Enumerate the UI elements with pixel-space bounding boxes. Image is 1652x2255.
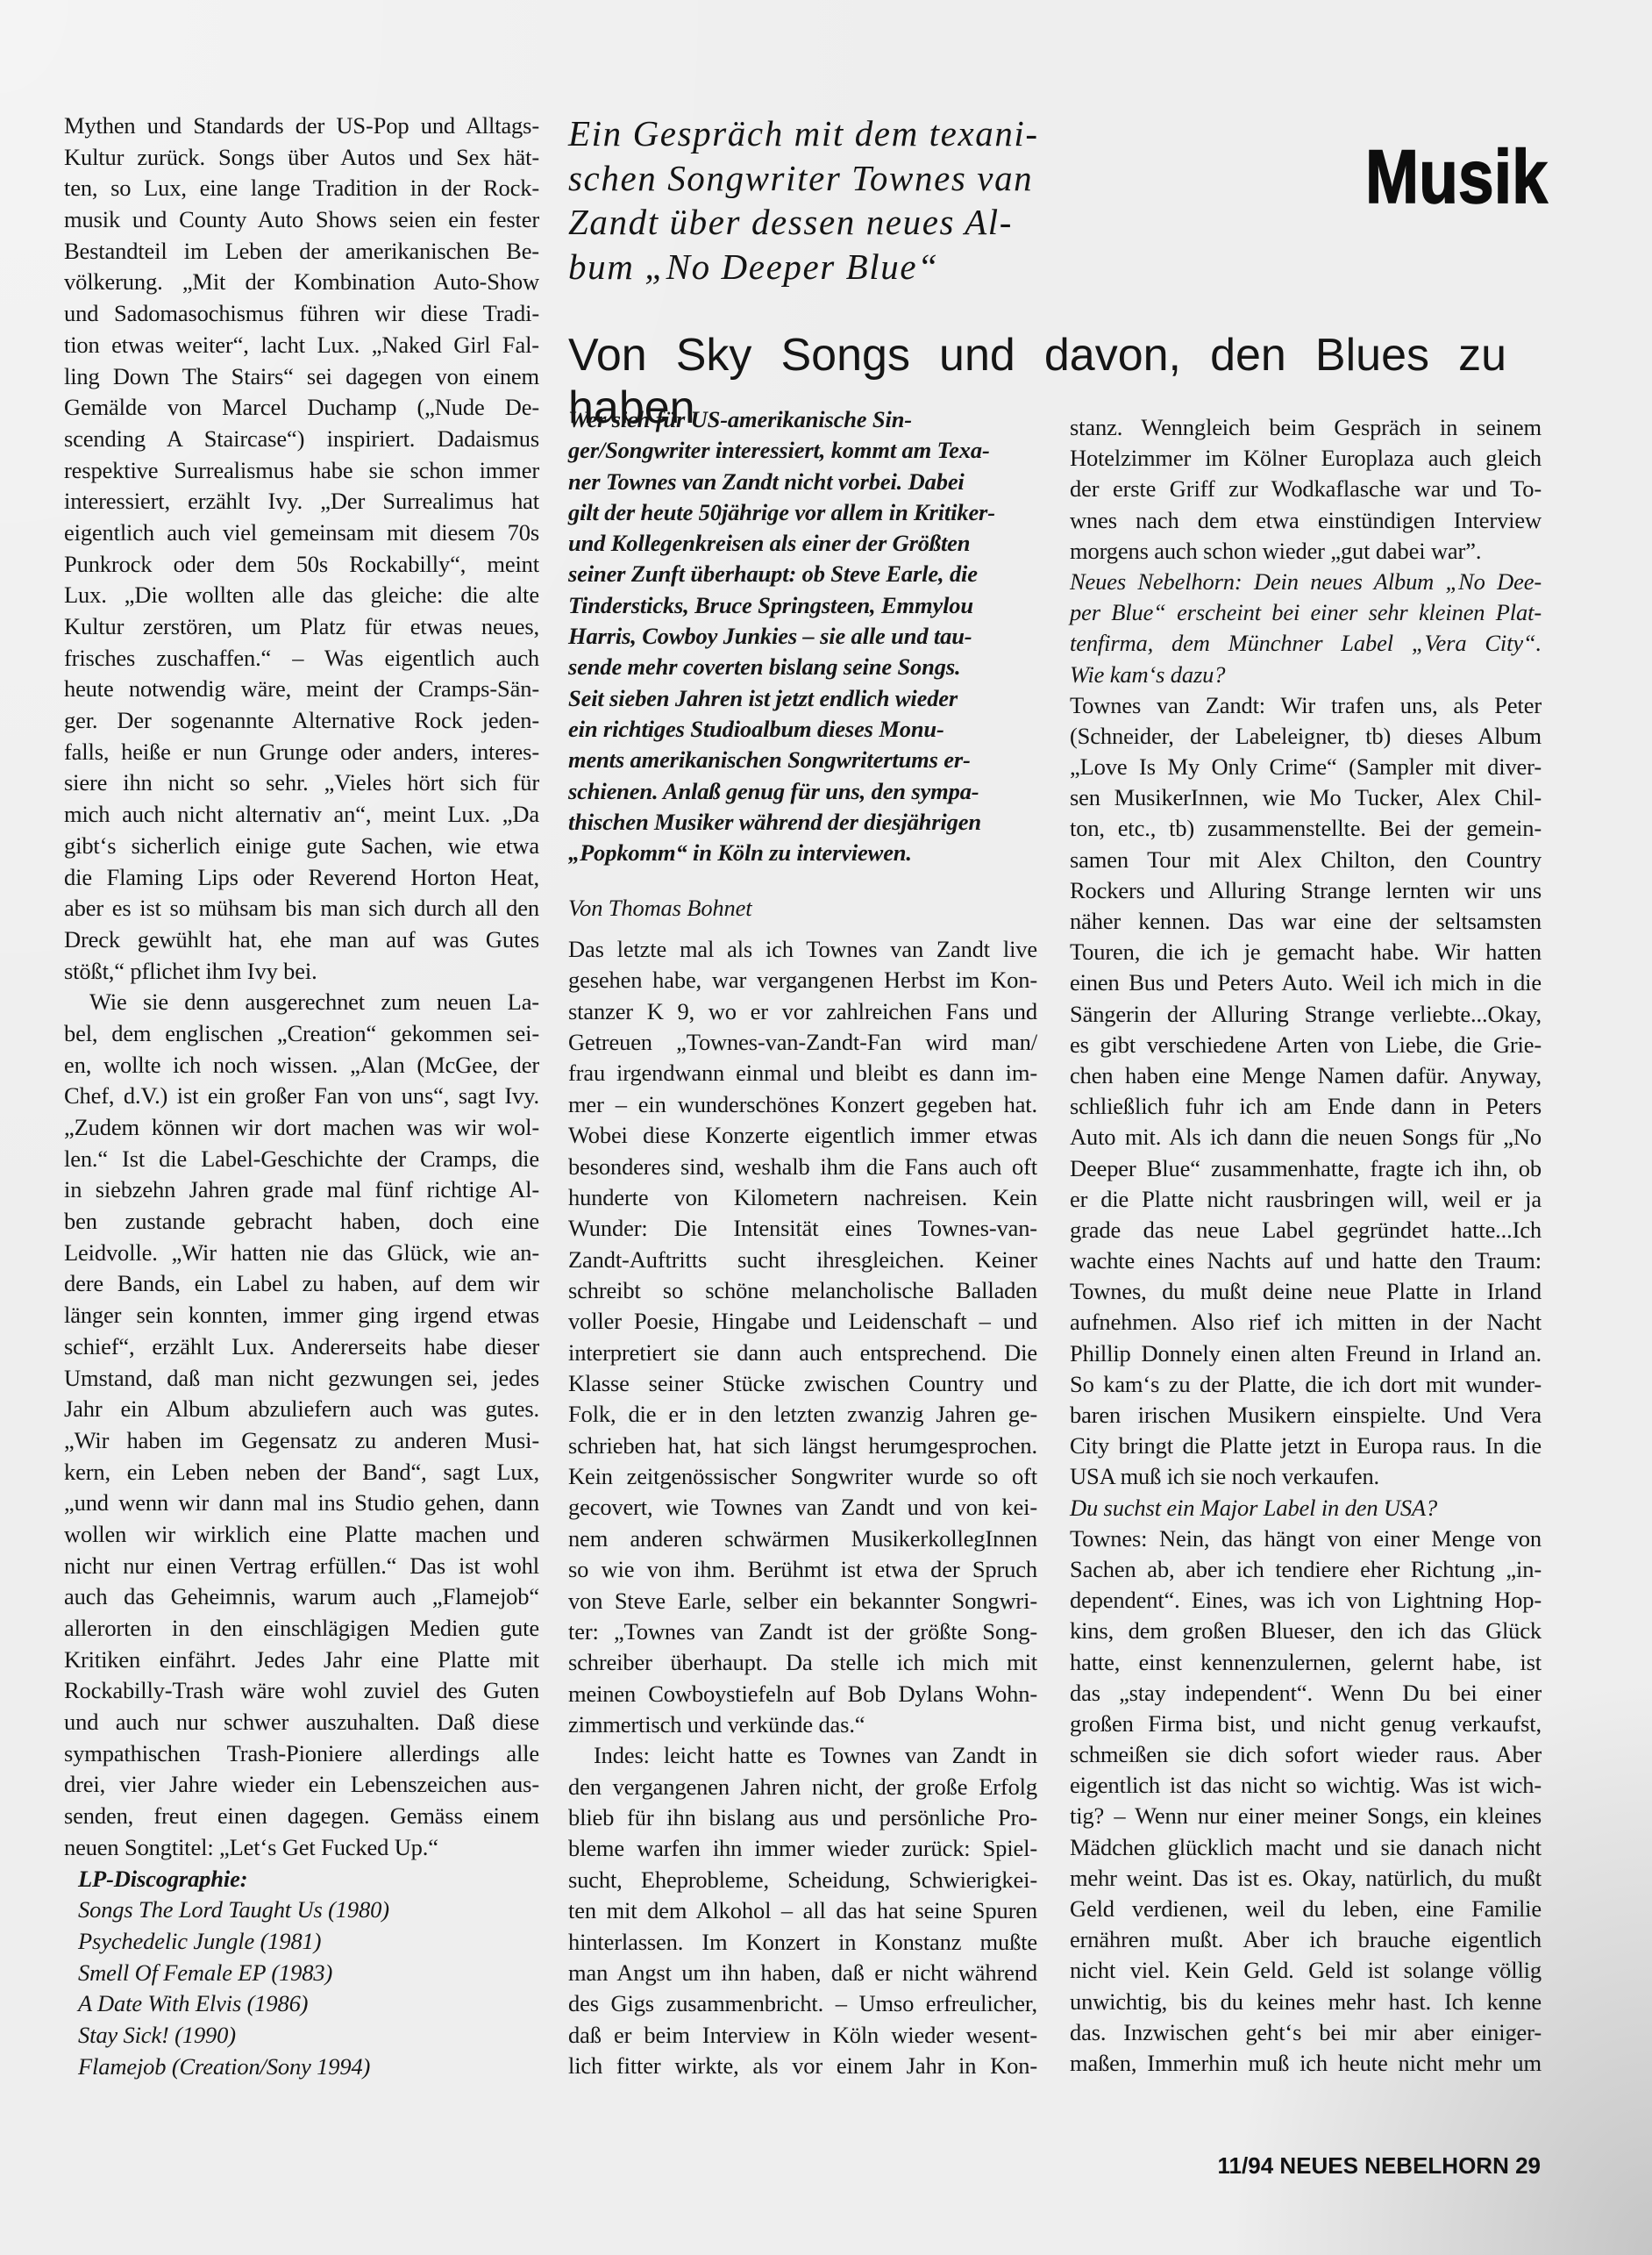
text-line: Townes van Zandt: Wir trafen uns, als Pe… [1070, 690, 1542, 721]
text-line: völkerung. „Mit der Kombination Auto-Sho… [64, 267, 539, 298]
text-line: schief“, erzählt Lux. Andererseits habe … [64, 1331, 539, 1363]
text-line: und Sadomasochismus führen wir diese Tra… [64, 298, 539, 330]
text-line: neuen Songtitel: „Let‘s Get Fucked Up.“ [64, 1832, 539, 1864]
deck-line: schen Songwriter Townes van [568, 156, 1112, 201]
text-line: „Love Is My Only Crime“ (Sampler mit div… [1070, 752, 1542, 782]
text-line: chen haben eine Menge Namen dafür. Anywa… [1070, 1060, 1542, 1091]
text-line: schreiber überhaupt. Da stelle ich mich … [568, 1647, 1037, 1678]
text-line: Kultur zurück. Songs über Autos und Sex … [64, 142, 539, 174]
text-line: respektive Surrealismus habe sie schon i… [64, 455, 539, 487]
text-line: Geld verdienen, weil du leben, eine Fami… [1070, 1894, 1542, 1924]
discography-item: Smell Of Female EP (1983) [64, 1958, 539, 1989]
text-line: stanz. Wenngleich beim Gespräch in seine… [1070, 412, 1542, 443]
text-line: ling Down The Stairs“ sei dagegen von ei… [64, 361, 539, 393]
intro-line: ner Townes van Zandt nicht vorbei. Dabei [568, 467, 1037, 497]
text-line: Jahr ein Album abzuliefern auch was gute… [64, 1394, 539, 1425]
previous-article-column: Mythen und Standards der US-Pop und Allt… [64, 111, 539, 2082]
text-line: Kein zeitgenössischer Songwriter wurde s… [568, 1461, 1037, 1492]
intro-line: Tindersticks, Bruce Springsteen, Emmylou [568, 590, 1037, 621]
text-line: Auto mit. Als ich dann die neuen Songs f… [1070, 1122, 1542, 1152]
question-line: per Blue“ erscheint bei einer sehr klein… [1070, 597, 1542, 628]
text-line: allerorten in den einschlägigen Medien g… [64, 1613, 539, 1645]
text-line: schrieben hat, hat sich längst herumgesp… [568, 1431, 1037, 1461]
text-line: wnes nach dem etwa einstündigen Intervie… [1070, 505, 1542, 536]
text-line: ger. Der sogenannte Alternative Rock jed… [64, 705, 539, 737]
text-line: gibt‘s sicherlich einige gute Sachen, wi… [64, 831, 539, 862]
question-line: Neues Nebelhorn: Dein neues Album „No De… [1070, 567, 1542, 597]
deck-line: Zandt über dessen neues Al- [568, 200, 1112, 245]
text-line: frisches zuschaffen.“ – Was eigentlich a… [64, 643, 539, 674]
text-line: kern, ein Leben neben der Band“, sagt Lu… [64, 1457, 539, 1488]
text-line: aber es ist so mühsam bis man sich durch… [64, 893, 539, 924]
text-line: er die Platte nicht rausbringen will, we… [1070, 1184, 1542, 1215]
discography-heading: LP-Discographie: [64, 1864, 539, 1895]
text-line: hunderte von Kilometern nachreisen. Kein [568, 1182, 1037, 1213]
text-line: ten mit dem Alkohol – all das hat seine … [568, 1895, 1037, 1926]
text-line: daß er beim Interview in Köln wieder wes… [568, 2020, 1037, 2051]
text-line: USA muß ich sie noch verkaufen. [1070, 1461, 1542, 1492]
text-line: mich auch nicht alternativ an“, meint Lu… [64, 799, 539, 831]
text-line: Punkrock oder dem 50s Rockabilly“, meint [64, 549, 539, 581]
question-line: Wie kam‘s dazu? [1070, 660, 1542, 690]
text-line: Townes, du mußt deine neue Platte in Irl… [1070, 1276, 1542, 1307]
text-line: das. Inzwischen geht‘s bei mir aber eini… [1070, 2017, 1542, 2048]
text-line: das „stay independent“. Wenn Du bei eine… [1070, 1678, 1542, 1709]
text-line: Phillip Donnely einen alten Freund in Ir… [1070, 1338, 1542, 1369]
intro-line: thischen Musiker während der diesjährige… [568, 807, 1037, 838]
discography-item: Songs The Lord Taught Us (1980) [64, 1895, 539, 1926]
text-line: frau irgendwann einmal und bleibt es dan… [568, 1058, 1037, 1088]
text-line: schließlich fuhr ich am Ende dann in Pet… [1070, 1091, 1542, 1122]
text-line: Chef, d.V.) ist ein großer Fan von uns“,… [64, 1081, 539, 1112]
text-line: näher kennen. Das war eine der seltsamst… [1070, 906, 1542, 937]
text-line: interessiert, erzählt Ivy. „Der Surreali… [64, 486, 539, 517]
intro-line: „Popkomm“ in Köln zu interviewen. [568, 838, 1037, 868]
text-line: heute notwendig wäre, meint der Cramps-S… [64, 674, 539, 705]
text-line: (Schneider, der Labeleigner, tb) dieses … [1070, 721, 1542, 752]
intro-line: und Kollegenkreisen als einer der Größte… [568, 528, 1037, 559]
text-line: hatte, einst kennenzulernen, gelernt hab… [1070, 1647, 1542, 1678]
text-line: so wie von ihm. Berühmt ist etwa der Spr… [568, 1554, 1037, 1585]
article-intro: Wer sich für US-amerikanische Sin- ger/S… [568, 404, 1037, 868]
text-line: Deeper Blue“ zusammenhatte, fragte ich i… [1070, 1153, 1542, 1184]
text-line: besonderes sind, weshalb ihm die Fans au… [568, 1152, 1037, 1182]
text-line: Lux. „Die wollten alle das gleiche: die … [64, 580, 539, 611]
text-line: Zandt-Auftritts sucht ihresgleichen. Kei… [568, 1245, 1037, 1275]
text-line: falls, heiße er nun Grunge oder anders, … [64, 737, 539, 768]
intro-line: ein richtiges Studioalbum dieses Monu- [568, 714, 1037, 745]
text-line: die Flaming Lips oder Reverend Horton He… [64, 862, 539, 894]
text-line: kins, dem großen Blueser, den ich das Gl… [1070, 1616, 1542, 1646]
text-line: Wie sie denn ausgerechnet zum neuen La- [64, 987, 539, 1018]
text-line: aufnehmen. Also rief ich mitten in der N… [1070, 1307, 1542, 1338]
article-column-3: stanz. Wenngleich beim Gespräch in seine… [1070, 412, 1542, 2079]
text-line: länger sein konnten, immer ging irgend e… [64, 1300, 539, 1331]
byline-text: Von Thomas Bohnet [568, 893, 1037, 924]
text-line: Wunder: Die Intensität eines Townes-van- [568, 1213, 1037, 1244]
text-line: Mythen und Standards der US-Pop und Allt… [64, 111, 539, 142]
text-line: in siebzehn Jahren grade mal fünf richti… [64, 1174, 539, 1206]
text-line: Bestandteil im Leben der amerikanischen … [64, 236, 539, 268]
text-line: morgens auch schon wieder „gut dabei war… [1070, 536, 1542, 567]
text-line: großen Firma bist, und nicht genug verka… [1070, 1709, 1542, 1739]
text-line: bel, dem englischen „Creation“ gekommen … [64, 1018, 539, 1050]
text-line: grade das neue Label gegründet hatte...I… [1070, 1215, 1542, 1245]
text-line: Mädchen glücklich macht und sie danach n… [1070, 1832, 1542, 1863]
text-line: ten, so Lux, eine lange Tradition in der… [64, 173, 539, 204]
text-line: den vergangenen Jahren nicht, der große … [568, 1772, 1037, 1802]
intro-line: Wer sich für US-amerikanische Sin- [568, 404, 1037, 435]
discography-item: Flamejob (Creation/Sony 1994) [64, 2052, 539, 2083]
text-line: dere Bands, ein Label zu haben, auf dem … [64, 1268, 539, 1300]
text-line: Rockabilly-Trash wäre wohl zuviel des Gu… [64, 1675, 539, 1707]
text-line: Folk, die er in den letzten zwanzig Jahr… [568, 1399, 1037, 1430]
text-line: nicht viel. Kein Geld. Geld ist solange … [1070, 1955, 1542, 1986]
text-line: Rockers und Alluring Strange lernten wir… [1070, 875, 1542, 906]
text-line: Das letzte mal als ich Townes van Zandt … [568, 934, 1037, 965]
text-line: wollen wir wirklich eine Platte machen u… [64, 1519, 539, 1551]
text-line: So kam‘s zu der Platte, die ich dort mit… [1070, 1369, 1542, 1400]
text-line: Umstand, daß man nicht gezwungen sei, je… [64, 1363, 539, 1395]
text-line: „Wir haben im Gegensatz zu anderen Musi- [64, 1425, 539, 1457]
text-line: meinen Cowboystiefeln auf Bob Dylans Woh… [568, 1679, 1037, 1709]
text-line: ernähren mußt. Aber ich brauche eigentli… [1070, 1924, 1542, 1955]
text-line: Gemälde von Marcel Duchamp („Nude De- [64, 392, 539, 424]
text-line: des Gigs zusammenbricht. – Umso erfreuli… [568, 1988, 1037, 2019]
text-line: Leidvolle. „Wir hatten nie das Glück, wi… [64, 1238, 539, 1269]
text-line: schreibt so schöne melancholische Ballad… [568, 1275, 1037, 1306]
text-line: es gibt verschiedene Arten von Liebe, di… [1070, 1030, 1542, 1060]
discography-item: Psychedelic Jungle (1981) [64, 1926, 539, 1958]
question-line: Du suchst ein Major Label in den USA? [1070, 1493, 1542, 1524]
intro-line: seiner Zunft überhaupt: ob Steve Earle, … [568, 559, 1037, 589]
text-line: und auch nur schwer auszuhalten. Daß die… [64, 1707, 539, 1738]
text-line: „und wenn wir dann mal ins Studio gehen,… [64, 1488, 539, 1519]
text-line: drei, vier Jahre wieder ein Lebenszeiche… [64, 1769, 539, 1801]
byline: Von Thomas Bohnet [568, 893, 1037, 924]
text-line: von Steve Earle, selber ein bekannter So… [568, 1586, 1037, 1616]
text-line: blieb für ihn bislang aus und persönlich… [568, 1802, 1037, 1833]
text-line: mehr weint. Das ist es. Okay, natürlich,… [1070, 1863, 1542, 1894]
text-line: Wobei diese Konzerte eigentlich immer et… [568, 1120, 1037, 1151]
text-line: gecovert, wie Townes van Zandt und von k… [568, 1492, 1037, 1523]
text-line: „Zudem können wir dort machen was wir wo… [64, 1112, 539, 1144]
intro-line: ments amerikanischen Songwritertums er- [568, 745, 1037, 775]
text-line: en, wollte ich noch wissen. „Alan (McGee… [64, 1050, 539, 1081]
text-line: Touren, die ich je gemacht habe. Wir hat… [1070, 937, 1542, 967]
text-line: voller Poesie, Hingabe und Leidenschaft … [568, 1306, 1037, 1337]
intro-line: gilt der heute 50jährige vor allem in Kr… [568, 497, 1037, 528]
deck-line: Ein Gespräch mit dem texani- [568, 111, 1112, 156]
text-line: Kritiken einfährt. Jedes Jahr eine Platt… [64, 1645, 539, 1676]
text-line: interpretiert sie dann auch entsprechend… [568, 1338, 1037, 1368]
text-line: siere ihn nicht so sehr. „Vieles hört si… [64, 767, 539, 799]
page-footer-issue: 11/94 NEUES NEBELHORN 29 [1190, 2152, 1541, 2179]
text-line: dependent“. Eines, was ich von Lightning… [1070, 1585, 1542, 1616]
text-line: Hotelzimmer im Kölner Europlaza auch gle… [1070, 443, 1542, 474]
article-headline: Von Sky Songs und davon, den Blues zu ha… [568, 329, 1506, 382]
intro-line: ger/Songwriter interessiert, kommt am Te… [568, 435, 1037, 466]
text-line: nicht nur einen Vertrag erfüllen.“ Das i… [64, 1551, 539, 1582]
text-line: musik und County Auto Shows seien ein fe… [64, 204, 539, 236]
text-line: tig? – Wenn nur einer meiner Songs, ein … [1070, 1801, 1542, 1831]
text-line: sympathischen Trash-Pioniere allerdings … [64, 1738, 539, 1770]
text-line: Indes: leicht hatte es Townes van Zandt … [568, 1740, 1037, 1771]
intro-line: Seit sieben Jahren ist jetzt endlich wie… [568, 683, 1037, 714]
text-line: Dreck gewühlt hat, ehe man auf was Gutes [64, 924, 539, 956]
text-line: man Angst um ihn haben, daß er nicht wäh… [568, 1958, 1037, 1988]
text-line: senden, freut einen dagegen. Gemäss eine… [64, 1801, 539, 1832]
text-line: unwichtig, bis du keines mehr hast. Ich … [1070, 1987, 1542, 2017]
text-line: ton, etc., tb) zusammenstellte. Bei der … [1070, 813, 1542, 844]
intro-line: sende mehr coverten bislang seine Songs. [568, 652, 1037, 682]
text-line: auch das Geheimnis, warum auch „Flamejob… [64, 1581, 539, 1613]
text-line: schmeißen sie dich sofort wieder raus. A… [1070, 1739, 1542, 1770]
article-deck: Ein Gespräch mit dem texani- schen Songw… [568, 111, 1112, 289]
discography-item: Stay Sick! (1990) [64, 2020, 539, 2052]
text-line: gesehen habe, war vergangenen Herbst im … [568, 965, 1037, 995]
text-line: stanzer K 9, wo er vor zahlreichen Fans … [568, 996, 1037, 1027]
text-line: sucht, Eheprobleme, Scheidung, Schwierig… [568, 1865, 1037, 1895]
text-line: Getreuen „Townes-van-Zandt-Fan wird man/ [568, 1027, 1037, 1058]
text-line: len.“ Ist die Label-Geschichte der Cramp… [64, 1144, 539, 1175]
intro-line: Harris, Cowboy Junkies – sie alle und ta… [568, 621, 1037, 652]
text-line: Kultur zerstören, um Platz für etwas neu… [64, 611, 539, 643]
question-line: tenfirma, dem Münchner Label „Vera City“… [1070, 628, 1542, 659]
text-line: einen Bus und Peters Auto. Weil ich mich… [1070, 967, 1542, 998]
text-line: ben zustande gebracht haben, doch eine [64, 1206, 539, 1238]
text-line: Klasse seiner Stücke zwischen Country un… [568, 1368, 1037, 1399]
text-line: wachte eines Nachts auf und hatte den Tr… [1070, 1245, 1542, 1276]
text-line: mer – ein wunderschönes Konzert gegeben … [568, 1089, 1037, 1120]
text-line: tion etwas weiter“, lacht Lux. „Naked Gi… [64, 330, 539, 361]
text-line: hinterlassen. Im Konzert in Konstanz muß… [568, 1927, 1037, 1958]
discography-item: A Date With Elvis (1986) [64, 1988, 539, 2020]
text-line: eigentlich ist das nicht so wichtig. Was… [1070, 1770, 1542, 1801]
text-line: Sängerin der Alluring Strange verliebte.… [1070, 999, 1542, 1030]
intro-line: schienen. Anlaß genug für uns, den sympa… [568, 776, 1037, 807]
text-line: der erste Griff zur Wodkaflasche war und… [1070, 474, 1542, 504]
text-line: sen MusikerInnen, wie Mo Tucker, Alex Ch… [1070, 782, 1542, 813]
text-line: maßen, Immerhin muß ich heute nicht mehr… [1070, 2048, 1542, 2079]
text-line: scending A Staircase“) inspiriert. Dadai… [64, 424, 539, 455]
text-line: bleme warfen ihn immer wieder zurück: Sp… [568, 1833, 1037, 1864]
text-line: Townes: Nein, das hängt von einer Menge … [1070, 1524, 1542, 1554]
text-line: eigentlich auch viel gemeinsam mit diese… [64, 517, 539, 549]
text-line: stößt,“ pflichet ihm Ivy bei. [64, 956, 539, 988]
text-line: City bringt die Platte jetzt in Europa r… [1070, 1431, 1542, 1461]
article-column-2: Das letzte mal als ich Townes van Zandt … [568, 934, 1037, 2081]
text-line: Sachen ab, aber ich tendiere eher Richtu… [1070, 1554, 1542, 1585]
section-label: Musik [1365, 133, 1548, 221]
magazine-page: Musik Ein Gespräch mit dem texani- schen… [0, 0, 1652, 2255]
text-line: samen Tour mit Alex Chilton, den Country [1070, 845, 1542, 875]
text-line: lich fitter wirkte, als vor einem Jahr i… [568, 2051, 1037, 2081]
text-line: zimmertisch und verkünde das.“ [568, 1709, 1037, 1740]
deck-line: bum „No Deeper Blue“ [568, 245, 1112, 289]
text-line: ter: „Townes van Zandt ist der größte So… [568, 1616, 1037, 1647]
text-line: baren irischen Musikern einspielte. Und … [1070, 1400, 1542, 1431]
text-line: nem anderen schwärmen MusikerkollegInnen [568, 1524, 1037, 1554]
